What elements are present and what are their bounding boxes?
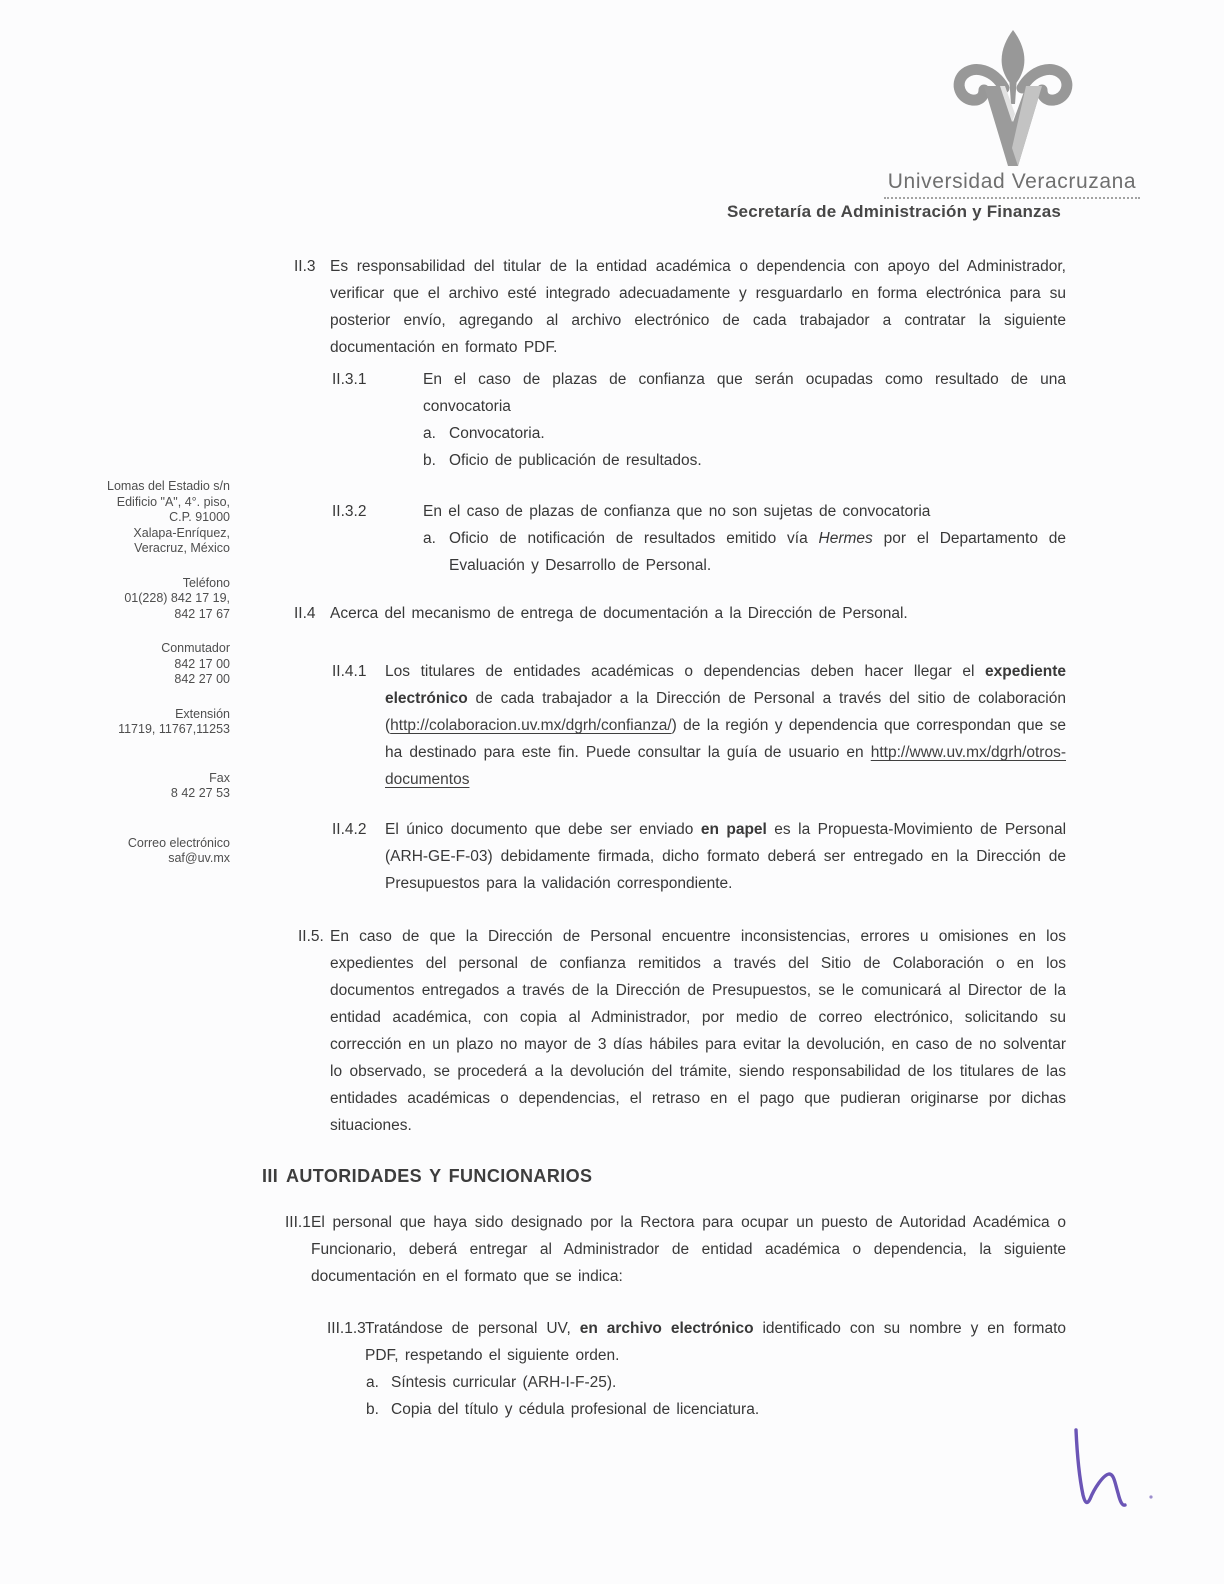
list-item: b. Copia del título y cédula profesional… <box>294 1396 1066 1423</box>
switchboard-number: 842 17 00 <box>90 657 230 673</box>
section-II-4: II.4 Acerca del mecanismo de entrega de … <box>294 600 1066 627</box>
department-name: Secretaría de Administración y Finanzas <box>727 202 1061 222</box>
address-line: Xalapa-Enríquez, <box>90 526 230 542</box>
section-number: III.1 <box>285 1209 311 1236</box>
list-marker: a. <box>423 420 436 447</box>
document-body: II.3 Es responsabilidad del titular de l… <box>294 253 1066 1423</box>
list-item-text: Oficio de notificación de resultados emi… <box>449 525 1066 579</box>
switchboard-block: Conmutador 842 17 00 842 27 00 <box>90 641 230 688</box>
fax-block: Fax 8 42 27 53 <box>90 771 230 802</box>
email-label: Correo electrónico <box>90 836 230 852</box>
section-text: El único documento que debe ser enviado … <box>385 816 1066 897</box>
address-line: Edificio "A", 4°. piso, <box>90 495 230 511</box>
list-item: a. Convocatoria. <box>294 420 1066 447</box>
list-item-text: Síntesis curricular (ARH-I-F-25). <box>391 1369 1066 1396</box>
section-text: Es responsabilidad del titular de la ent… <box>330 253 1066 361</box>
list-item: a. Oficio de notificación de resultados … <box>294 525 1066 579</box>
section-number: II.3.2 <box>332 498 366 525</box>
section-text: El personal que haya sido designado por … <box>311 1209 1066 1290</box>
switchboard-label: Conmutador <box>90 641 230 657</box>
address-line: C.P. 91000 <box>90 510 230 526</box>
section-number: II.4.2 <box>332 816 366 843</box>
list-marker: a. <box>423 525 436 552</box>
section-III-1-3: III.1.3 Tratándose de personal UV, en ar… <box>294 1315 1066 1369</box>
section-text: En el caso de plazas de confianza que no… <box>423 498 1066 525</box>
section-text: Acerca del mecanismo de entrega de docum… <box>330 600 1066 627</box>
text-segment: Los titulares de entidades académicas o … <box>385 663 985 680</box>
address-line: Lomas del Estadio s/n <box>90 479 230 495</box>
section-number: II.5. <box>298 923 324 950</box>
list-item: a. Síntesis curricular (ARH-I-F-25). <box>294 1369 1066 1396</box>
phone-number: 01(228) 842 17 19, <box>90 591 230 607</box>
section-text: En el caso de plazas de confianza que se… <box>423 366 1066 420</box>
list-item-text: Copia del título y cédula profesional de… <box>391 1396 1066 1423</box>
university-name: Universidad Veracruzana <box>884 170 1140 199</box>
text-segment: El único documento que debe ser enviado <box>385 821 701 838</box>
fax-number: 8 42 27 53 <box>90 786 230 802</box>
section-II-4-1: II.4.1 Los titulares de entidades académ… <box>294 658 1066 793</box>
list-item: b. Oficio de publicación de resultados. <box>294 447 1066 474</box>
extension-numbers: 11719, 11767,11253 <box>90 722 230 738</box>
list-marker: a. <box>366 1369 379 1396</box>
list-item-text: Convocatoria. <box>449 420 1066 447</box>
section-number: II.4.1 <box>332 658 366 685</box>
fax-label: Fax <box>90 771 230 787</box>
address-line: Veracruz, México <box>90 541 230 557</box>
section-text: Tratándose de personal UV, en archivo el… <box>365 1315 1066 1369</box>
extension-block: Extensión 11719, 11767,11253 <box>90 707 230 738</box>
bold-term: en papel <box>701 821 767 838</box>
email-address: saf@uv.mx <box>90 851 230 867</box>
phone-number: 842 17 67 <box>90 607 230 623</box>
phone-label: Teléfono <box>90 576 230 592</box>
section-title: AUTORIDADES Y FUNCIONARIOS <box>286 1166 592 1186</box>
list-marker: b. <box>366 1396 379 1423</box>
section-II-5: II.5. En caso de que la Dirección de Per… <box>294 923 1066 1139</box>
section-II-3: II.3 Es responsabilidad del titular de l… <box>294 253 1066 361</box>
section-II-4-2: II.4.2 El único documento que debe ser e… <box>294 816 1066 897</box>
switchboard-number: 842 27 00 <box>90 672 230 688</box>
section-II-3-2: II.3.2 En el caso de plazas de confianza… <box>294 498 1066 525</box>
italic-term: Hermes <box>819 530 873 547</box>
list-marker: b. <box>423 447 436 474</box>
colaboracion-url-link[interactable]: http://colaboracion.uv.mx/dgrh/confianza… <box>390 717 671 734</box>
text-segment: Oficio de notificación de resultados emi… <box>449 530 819 547</box>
section-number: II.3.1 <box>332 366 366 393</box>
section-number: III.1.3 <box>327 1315 366 1342</box>
section-II-3-1: II.3.1 En el caso de plazas de confianza… <box>294 366 1066 420</box>
section-text: Los titulares de entidades académicas o … <box>385 658 1066 793</box>
section-number: II.3 <box>294 253 316 280</box>
pen-scribble-mark <box>1052 1416 1164 1528</box>
section-number: III <box>262 1163 278 1190</box>
text-segment: Tratándose de personal UV, <box>365 1320 580 1337</box>
address-block: Lomas del Estadio s/n Edificio "A", 4°. … <box>90 479 230 557</box>
email-block: Correo electrónico saf@uv.mx <box>90 836 230 867</box>
uv-fleur-de-lis-logo-icon <box>948 26 1078 174</box>
section-III-1: III.1 El personal que haya sido designad… <box>294 1209 1066 1290</box>
bold-term: en archivo electrónico <box>580 1320 754 1337</box>
section-number: II.4 <box>294 600 316 627</box>
section-III-heading: III AUTORIDADES Y FUNCIONARIOS <box>294 1163 1066 1190</box>
phone-block: Teléfono 01(228) 842 17 19, 842 17 67 <box>90 576 230 623</box>
section-text: En caso de que la Dirección de Personal … <box>330 923 1066 1139</box>
contact-sidebar: Lomas del Estadio s/n Edificio "A", 4°. … <box>90 479 230 867</box>
scanned-document-page: Universidad Veracruzana Secretaría de Ad… <box>0 0 1224 1584</box>
extension-label: Extensión <box>90 707 230 723</box>
list-item-text: Oficio de publicación de resultados. <box>449 447 1066 474</box>
